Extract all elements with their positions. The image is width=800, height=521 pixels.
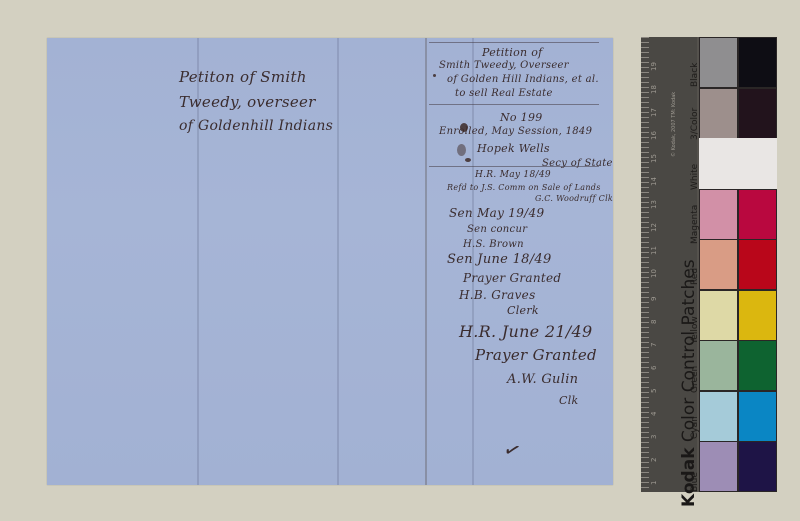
fold-line: [425, 38, 427, 485]
endorsement: H.R. June 21/49: [459, 322, 592, 341]
docket-number: No 199: [500, 111, 543, 124]
docket-line-2: of Golden Hill Indians, et al.: [447, 74, 599, 85]
ruler-label: 14: [650, 177, 658, 186]
ruler-label: 13: [650, 200, 658, 209]
patch-magenta-dark: [738, 189, 777, 240]
endorsement: Sen June 18/49: [447, 252, 552, 267]
petition-document: Petiton of Smith Tweedy, overseer of Gol…: [47, 38, 613, 485]
left-docket-line-2: Tweedy, overseer: [179, 93, 316, 111]
rule-line: [429, 166, 599, 167]
endorsement: Sen May 19/49: [449, 206, 544, 220]
ruler-label: 3: [650, 435, 658, 439]
patch-white-light: [699, 138, 777, 189]
endorsement: Prayer Granted: [475, 346, 597, 364]
patch-green-dark: [738, 340, 777, 391]
endorsement: Sen concur: [467, 224, 527, 235]
ruler-label: 12: [650, 223, 658, 232]
kodak-color-card: 1 2 3 4 5 6 7 8 9 10 11 12 13 14 15 16 1…: [641, 37, 777, 492]
docket-signature-title: Secy of State: [542, 158, 613, 169]
endorsement: H.S. Brown: [463, 239, 524, 250]
ruler-label: 10: [650, 269, 658, 278]
ruler-label: 16: [650, 131, 658, 140]
rule-line: [429, 104, 599, 105]
fold-line: [337, 38, 339, 485]
patch-black-light: [699, 37, 738, 88]
check-mark-icon: ✓: [500, 436, 524, 464]
ruler-label: 4: [650, 412, 658, 416]
patch-blue-light: [699, 441, 738, 492]
ruler-label: 9: [650, 297, 658, 301]
ink-stain: [457, 144, 466, 156]
ruler-ticks: [641, 37, 649, 492]
ruler-label: 2: [650, 458, 658, 462]
endorsement: Clk: [559, 394, 579, 407]
endorsement: H.B. Graves: [459, 288, 536, 302]
patch-3color-dark: [738, 88, 777, 139]
ruler-label: 6: [650, 366, 658, 370]
patch-3color-light: [699, 88, 738, 139]
ruler-label: 11: [650, 246, 658, 255]
endorsement: Prayer Granted: [463, 271, 561, 285]
patch-yellow-dark: [738, 290, 777, 341]
left-docket-line-1: Petiton of Smith: [179, 68, 307, 86]
ruler-label: 19: [650, 62, 658, 71]
endorsement: G.C. Woodruff Clk: [535, 194, 613, 203]
ruler-label: 7: [650, 343, 658, 347]
rule-line: [429, 42, 599, 43]
patch-green-light: [699, 340, 738, 391]
patch-cyan-dark: [738, 391, 777, 442]
docket-signature: Hopek Wells: [477, 142, 550, 155]
endorsement: H.R. May 18/49: [475, 170, 551, 180]
patch-red-light: [699, 239, 738, 290]
ruler-label: 8: [650, 320, 658, 324]
patch-black-dark: [738, 37, 777, 88]
endorsement: Clerk: [507, 304, 539, 317]
ruler-label: 18: [650, 85, 658, 94]
ink-stain: [460, 123, 468, 132]
ruler-label: 1: [650, 481, 658, 485]
patch-yellow-light: [699, 290, 738, 341]
docket-line-3: to sell Real Estate: [455, 88, 553, 99]
copyright-text: © Kodak, 2007 TM: Kodak: [671, 92, 677, 157]
patch-cyan-light: [699, 391, 738, 442]
ruler-label: 15: [650, 154, 658, 163]
ruler-label: 17: [650, 108, 658, 117]
docket-line-1: Smith Tweedy, Overseer: [439, 60, 569, 71]
endorsement: A.W. Gulin: [507, 372, 578, 387]
ruler-label: 5: [650, 389, 658, 393]
patch-blue-dark: [738, 441, 777, 492]
patch-magenta-light: [699, 189, 738, 240]
ink-stain: [433, 74, 436, 77]
ink-stain: [465, 158, 471, 162]
left-docket-line-3: of Goldenhill Indians: [179, 118, 333, 134]
docket-title: Petition of: [482, 46, 543, 59]
ruler: 1 2 3 4 5 6 7 8 9 10 11 12 13 14 15 16 1…: [641, 37, 697, 492]
endorsement: Refd to J.S. Comm on Sale of Lands: [447, 183, 601, 192]
patch-red-dark: [738, 239, 777, 290]
